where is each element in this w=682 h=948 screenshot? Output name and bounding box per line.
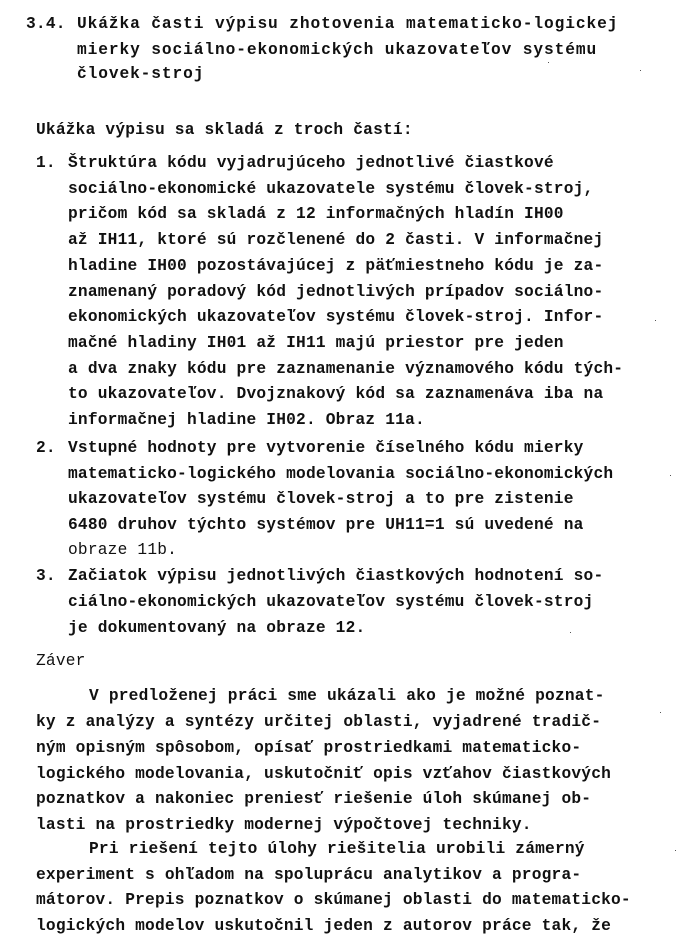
paragraph-line: mátorov. Prepis poznatkov o skúmanej obl… xyxy=(36,890,631,910)
section-title-line-1: Ukážka časti výpisu zhotovenia matematic… xyxy=(77,14,618,34)
list-item-1-line: informačnej hladine IH02. Obraz 11a. xyxy=(68,410,425,430)
scan-noise xyxy=(655,320,656,321)
list-item-2-line: Vstupné hodnoty pre vytvorenie číselného… xyxy=(68,438,584,458)
paragraph-line: V predloženej práci sme ukázali ako je m… xyxy=(89,686,605,706)
list-item-2-line: obraze 11b. xyxy=(68,540,177,560)
list-item-1-line: mačné hladiny IH01 až IH11 majú priestor… xyxy=(68,333,564,353)
list-item-1-line: Štruktúra kódu vyjadrujúceho jednotlivé … xyxy=(68,153,554,173)
section-title-line-2: mierky sociálno-ekonomických ukazovateľo… xyxy=(77,40,597,60)
document-page: 3.4. Ukážka časti výpisu zhotovenia mate… xyxy=(0,0,682,948)
scan-noise xyxy=(675,850,676,851)
list-item-2-line: ukazovateľov systému človek-stroj a to p… xyxy=(68,489,574,509)
list-item-3-line: ciálno-ekonomických ukazovateľov systému… xyxy=(68,592,593,612)
conclusion-heading: Záver xyxy=(36,651,86,671)
paragraph-line: logického modelovania, uskutočniť opis v… xyxy=(36,764,611,784)
paragraph-line: experiment s ohľadom na spoluprácu analy… xyxy=(36,865,581,885)
list-item-1-line: pričom kód sa skladá z 12 informačných h… xyxy=(68,204,564,224)
paragraph-line: Pri riešení tejto úlohy riešitelia urobi… xyxy=(89,839,585,859)
paragraph-line: ným opisným spôsobom, opísať prostriedka… xyxy=(36,738,581,758)
paragraph-line: logických modelov uskutočnil jeden z aut… xyxy=(36,916,611,936)
list-item-1-line: a dva znaky kódu pre zaznamenanie význam… xyxy=(68,359,623,379)
scan-noise xyxy=(570,632,571,633)
intro-text: Ukážka výpisu sa skladá z troch častí: xyxy=(36,120,413,140)
list-item-1-line: sociálno-ekonomické ukazovatele systému … xyxy=(68,179,593,199)
scan-noise xyxy=(670,475,671,476)
paragraph-line: lasti na prostriedky modernej výpočtovej… xyxy=(36,815,532,835)
section-title-line-3: človek-stroj xyxy=(77,64,204,84)
list-item-1-line: ekonomických ukazovateľov systému človek… xyxy=(68,307,603,327)
paragraph-line: ky z analýzy a syntézy určitej oblasti, … xyxy=(36,712,601,732)
list-marker-2: 2. xyxy=(36,438,56,458)
paragraph-line: poznatkov a nakoniec preniesť riešenie ú… xyxy=(36,789,591,809)
list-marker-3: 3. xyxy=(36,566,56,586)
scan-noise xyxy=(640,70,641,71)
scan-noise xyxy=(660,712,661,713)
list-item-1-line: to ukazovateľov. Dvojznakový kód sa zazn… xyxy=(68,384,603,404)
list-item-2-line: matematicko-logického modelovania sociál… xyxy=(68,464,613,484)
list-item-3-line: Začiatok výpisu jednotlivých čiastkových… xyxy=(68,566,603,586)
list-marker-1: 1. xyxy=(36,153,56,173)
list-item-1-line: až IH11, ktoré sú rozčlenené do 2 časti.… xyxy=(68,230,603,250)
list-item-1-line: znamenaný poradový kód jednotlivých príp… xyxy=(68,282,603,302)
list-item-3-line: je dokumentovaný na obraze 12. xyxy=(68,618,365,638)
section-number: 3.4. xyxy=(26,14,66,34)
list-item-1-line: hladine IH00 pozostávajúcej z päťmiestne… xyxy=(68,256,603,276)
scan-noise xyxy=(548,62,549,63)
list-item-2-line: 6480 druhov týchto systémov pre UH11=1 s… xyxy=(68,515,584,535)
